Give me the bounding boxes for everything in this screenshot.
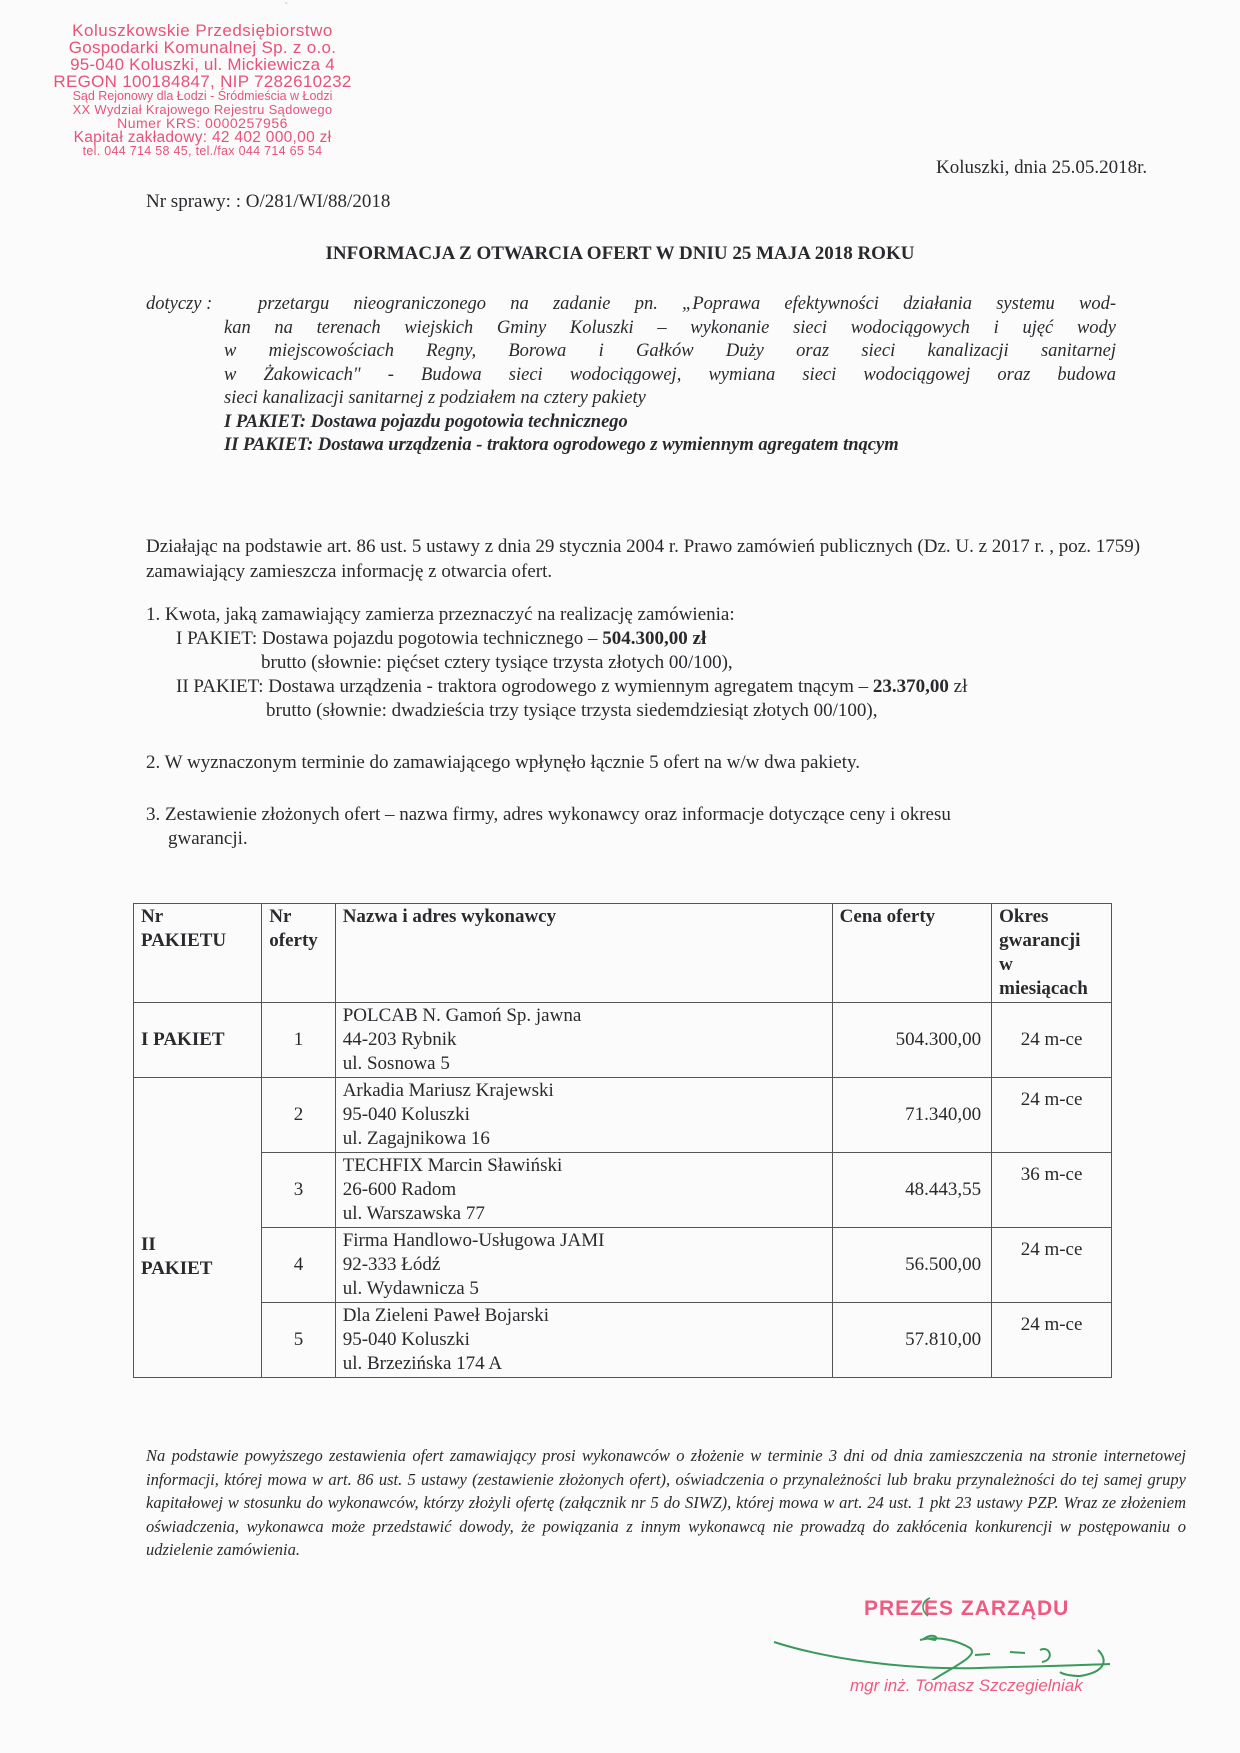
warranty-cell: 24 m-ce (992, 1303, 1112, 1378)
header-text: gwarancji (999, 929, 1104, 953)
header-text: Nr (141, 905, 254, 929)
subject-line: sieci kanalizacji sanitarnej z podziałem… (224, 387, 1116, 411)
package-1-amount: 504.300,00 zł (602, 628, 706, 649)
contractor-name: Arkadia Mariusz Krajewski (343, 1079, 825, 1103)
header-price: Cena oferty (832, 904, 991, 1003)
stamp-line: tel. 044 714 58 45, tel./fax 044 714 65 … (30, 145, 375, 158)
contractor-street: ul. Warszawska 77 (343, 1202, 825, 1226)
contractor-city: 26-600 Radom (343, 1178, 825, 1202)
contractor-street: ul. Zagajnikowa 16 (343, 1127, 825, 1151)
contractor-cell: Dla Zieleni Paweł Bojarski 95-040 Kolusz… (335, 1303, 832, 1378)
package-label-line: PAKIET (141, 1257, 254, 1281)
point-1-package-1: I PAKIET: Dostawa pojazdu pogotowia tech… (146, 627, 1156, 651)
header-contractor: Nazwa i adres wykonawcy (335, 904, 832, 1003)
price-cell: 71.340,00 (832, 1078, 991, 1153)
table-row: 4 Firma Handlowo-Usługowa JAMI 92-333 Łó… (134, 1228, 1112, 1303)
subject-package-1: I PAKIET: Dostawa pojazdu pogotowia tech… (224, 411, 1116, 435)
contractor-cell: TECHFIX Marcin Sławiński 26-600 Radom ul… (335, 1153, 832, 1228)
offer-no-cell: 4 (262, 1228, 335, 1303)
signatory-name-stamp: mgr inż. Tomasz Szczegielniak (850, 1676, 1083, 1696)
package-label-line: II (141, 1233, 254, 1257)
stamp-line: Koluszkowskie Przedsiębiorstwo (30, 22, 375, 39)
package-2-words: brutto (słownie: dwadzieścia trzy tysiąc… (146, 699, 1156, 723)
package-cell: I PAKIET (134, 1003, 262, 1078)
intro-paragraph: Działając na podstawie art. 86 ust. 5 us… (146, 534, 1156, 584)
contractor-name: TECHFIX Marcin Sławiński (343, 1154, 825, 1178)
header-text: Nr (269, 905, 327, 929)
contractor-street: ul. Brzezińska 174 A (343, 1352, 825, 1376)
contractor-city: 92-333 Łódź (343, 1253, 825, 1277)
table-row: I PAKIET 1 POLCAB N. Gamoń Sp. jawna 44-… (134, 1003, 1112, 1078)
point-1-package-2: II PAKIET: Dostawa urządzenia - traktora… (146, 675, 1156, 699)
numbered-list: 1. Kwota, jaką zamawiający zamierza prze… (146, 603, 1156, 851)
warranty-cell: 24 m-ce (992, 1003, 1112, 1078)
price-cell: 504.300,00 (832, 1003, 991, 1078)
package-cell: II PAKIET (134, 1078, 262, 1378)
handwritten-signature (770, 1590, 1150, 1680)
package-2-label: II PAKIET: Dostawa urządzenia - traktora… (176, 676, 873, 697)
subject-line: kan na terenach wiejskich Gminy Koluszki… (224, 317, 1116, 341)
closing-paragraph: Na podstawie powyższego zestawienia ofer… (146, 1444, 1186, 1562)
scan-mark: ˜ (285, 3, 287, 10)
contractor-city: 95-040 Koluszki (343, 1328, 825, 1352)
stamp-line: Kapitał zakładowy: 42 402 000,00 zł (30, 130, 375, 146)
table-row: II PAKIET 2 Arkadia Mariusz Krajewski 95… (134, 1078, 1112, 1153)
contractor-name: POLCAB N. Gamoń Sp. jawna (343, 1004, 825, 1028)
case-number: Nr sprawy: : O/281/WI/88/2018 (146, 191, 390, 213)
contractor-city: 44-203 Rybnik (343, 1028, 825, 1052)
price-cell: 56.500,00 (832, 1228, 991, 1303)
subject-line: w Żakowicach" - Budowa sieci wodociągowe… (224, 364, 1116, 388)
contractor-name: Dla Zieleni Paweł Bojarski (343, 1304, 825, 1328)
warranty-cell: 24 m-ce (992, 1228, 1112, 1303)
header-text: w (999, 953, 1104, 977)
package-2-currency: zł (949, 676, 967, 697)
header-warranty: Okres gwarancji w miesiącach (992, 904, 1112, 1003)
contractor-street: ul. Sosnowa 5 (343, 1052, 825, 1076)
stamp-line: Sąd Rejonowy dla Łodzi - Śródmieścia w Ł… (30, 90, 375, 103)
place-date: Koluszki, dnia 25.05.2018r. (936, 157, 1147, 179)
table-row: 5 Dla Zieleni Paweł Bojarski 95-040 Kolu… (134, 1303, 1112, 1378)
header-text: miesiącach (999, 977, 1104, 1001)
header-text: PAKIETU (141, 929, 254, 953)
warranty-cell: 24 m-ce (992, 1078, 1112, 1153)
offer-no-cell: 3 (262, 1153, 335, 1228)
contractor-name: Firma Handlowo-Usługowa JAMI (343, 1229, 825, 1253)
offer-no-cell: 1 (262, 1003, 335, 1078)
package-1-label: I PAKIET: Dostawa pojazdu pogotowia tech… (176, 628, 602, 649)
table-row: 3 TECHFIX Marcin Sławiński 26-600 Radom … (134, 1153, 1112, 1228)
package-1-words: brutto (słownie: pięćset cztery tysiące … (146, 651, 1156, 675)
contractor-street: ul. Wydawnicza 5 (343, 1277, 825, 1301)
document-title: INFORMACJA Z OTWARCIA OFERT W DNIU 25 MA… (0, 243, 1240, 265)
company-stamp: Koluszkowskie Przedsiębiorstwo Gospodark… (30, 22, 375, 158)
table-header-row: Nr PAKIETU Nr oferty Nazwa i adres wykon… (134, 904, 1112, 1003)
contractor-city: 95-040 Koluszki (343, 1103, 825, 1127)
subject-line: przetargu nieograniczonego na zadanie pn… (258, 293, 1116, 317)
stamp-line: Numer KRS: 0000257956 (30, 116, 375, 130)
subject-label: dotyczy : (146, 293, 212, 317)
point-3-continued: gwarancji. (146, 827, 1156, 851)
subject-section: dotyczy : przetargu nieograniczonego na … (146, 293, 1116, 458)
price-cell: 48.443,55 (832, 1153, 991, 1228)
point-3: 3. Zestawienie złożonych ofert – nazwa f… (146, 803, 1156, 827)
warranty-cell: 36 m-ce (992, 1153, 1112, 1228)
stamp-line: 95-040 Koluszki, ul. Mickiewicza 4 (30, 56, 375, 73)
offers-table: Nr PAKIETU Nr oferty Nazwa i adres wykon… (133, 903, 1112, 1378)
point-2: 2. W wyznaczonym terminie do zamawiające… (146, 751, 1156, 775)
contractor-cell: Firma Handlowo-Usługowa JAMI 92-333 Łódź… (335, 1228, 832, 1303)
package-2-amount: 23.370,00 (873, 676, 949, 697)
point-1: 1. Kwota, jaką zamawiający zamierza prze… (146, 603, 1156, 627)
price-cell: 57.810,00 (832, 1303, 991, 1378)
contractor-cell: Arkadia Mariusz Krajewski 95-040 Koluszk… (335, 1078, 832, 1153)
offer-no-cell: 5 (262, 1303, 335, 1378)
stamp-line: REGON 100184847, NIP 7282610232 (30, 73, 375, 90)
stamp-line: XX Wydział Krajowego Rejestru Sądowego (30, 103, 375, 116)
header-text: oferty (269, 929, 327, 953)
subject-line: w miejscowościach Regny, Borowa i Gałków… (224, 340, 1116, 364)
header-text: Okres (999, 905, 1104, 929)
stamp-line: Gospodarki Komunalnej Sp. z o.o. (30, 39, 375, 56)
contractor-cell: POLCAB N. Gamoń Sp. jawna 44-203 Rybnik … (335, 1003, 832, 1078)
header-offer-no: Nr oferty (262, 904, 335, 1003)
header-package: Nr PAKIETU (134, 904, 262, 1003)
subject-package-2: II PAKIET: Dostawa urządzenia - traktora… (224, 434, 1116, 458)
offer-no-cell: 2 (262, 1078, 335, 1153)
